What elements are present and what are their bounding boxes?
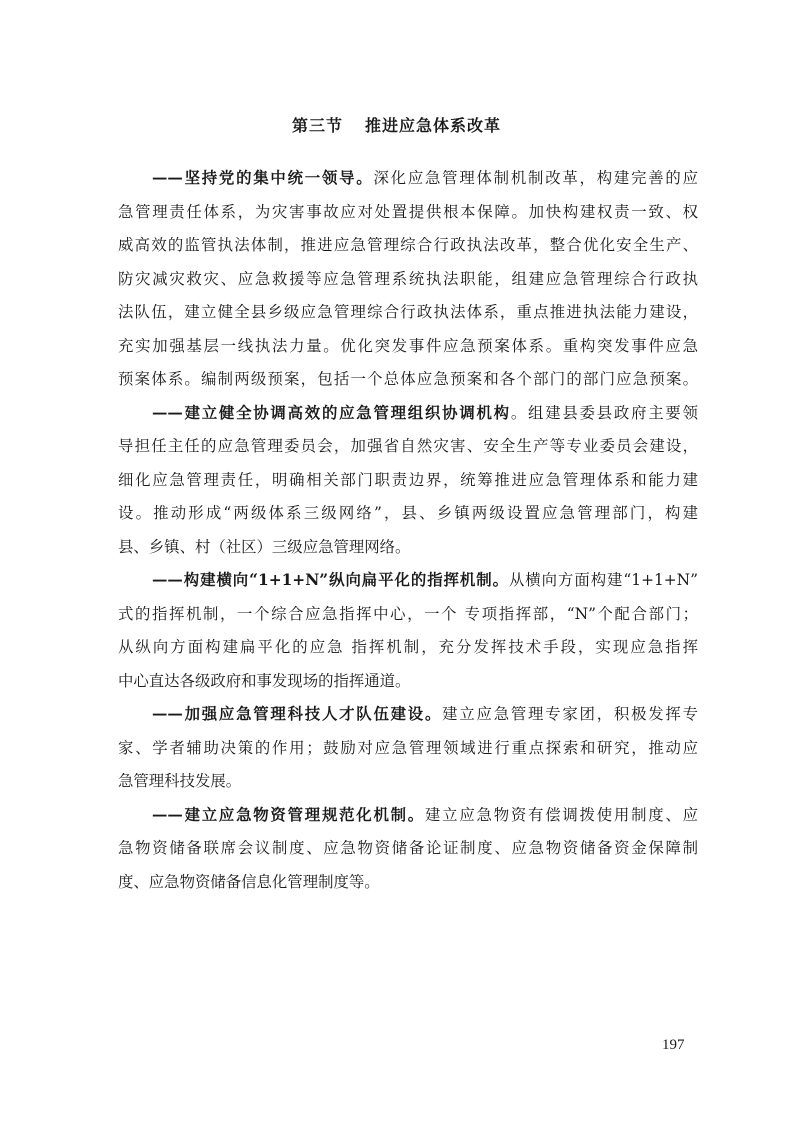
paragraph: ——建立应急物资管理规范化机制。建立应急物资有偿调拨使用制度、应 急物资储备联席… <box>118 799 698 900</box>
paragraph: ——建立健全协调高效的应急管理组织协调机构。组建县委县政府主要领 导担任主任的应… <box>118 397 698 565</box>
paragraph: ——构建横向“1+1+N”纵向扁平化的指挥机制。从横向方面构建“1+1+N” 式… <box>118 564 698 698</box>
paragraph: ——坚持党的集中统一领导。深化应急管理体制机制改革，构建完善的应 急管理责任体系… <box>118 162 698 397</box>
document-body: ——坚持党的集中统一领导。深化应急管理体制机制改革，构建完善的应 急管理责任体系… <box>118 162 698 899</box>
section-title: 第三节推进应急体系改革 <box>0 113 793 136</box>
page-number: 197 <box>662 1037 685 1054</box>
paragraph-lead: ——坚持党的集中统一领导。 <box>152 169 373 187</box>
paragraph-lead: ——建立应急物资管理规范化机制。 <box>152 806 425 824</box>
paragraph-lead: ——构建横向“1+1+N”纵向扁平化的指挥机制。 <box>152 571 509 589</box>
paragraph: ——加强应急管理科技人才队伍建设。建立应急管理专家团，积极发挥专 家、学者辅助决… <box>118 698 698 799</box>
paragraph-lead: ——加强应急管理科技人才队伍建设。 <box>152 705 442 723</box>
paragraph-lead: ——建立健全协调高效的应急管理组织协调机构 <box>152 404 511 422</box>
section-heading: 推进应急体系改革 <box>365 116 501 135</box>
section-number: 第三节 <box>292 116 343 135</box>
